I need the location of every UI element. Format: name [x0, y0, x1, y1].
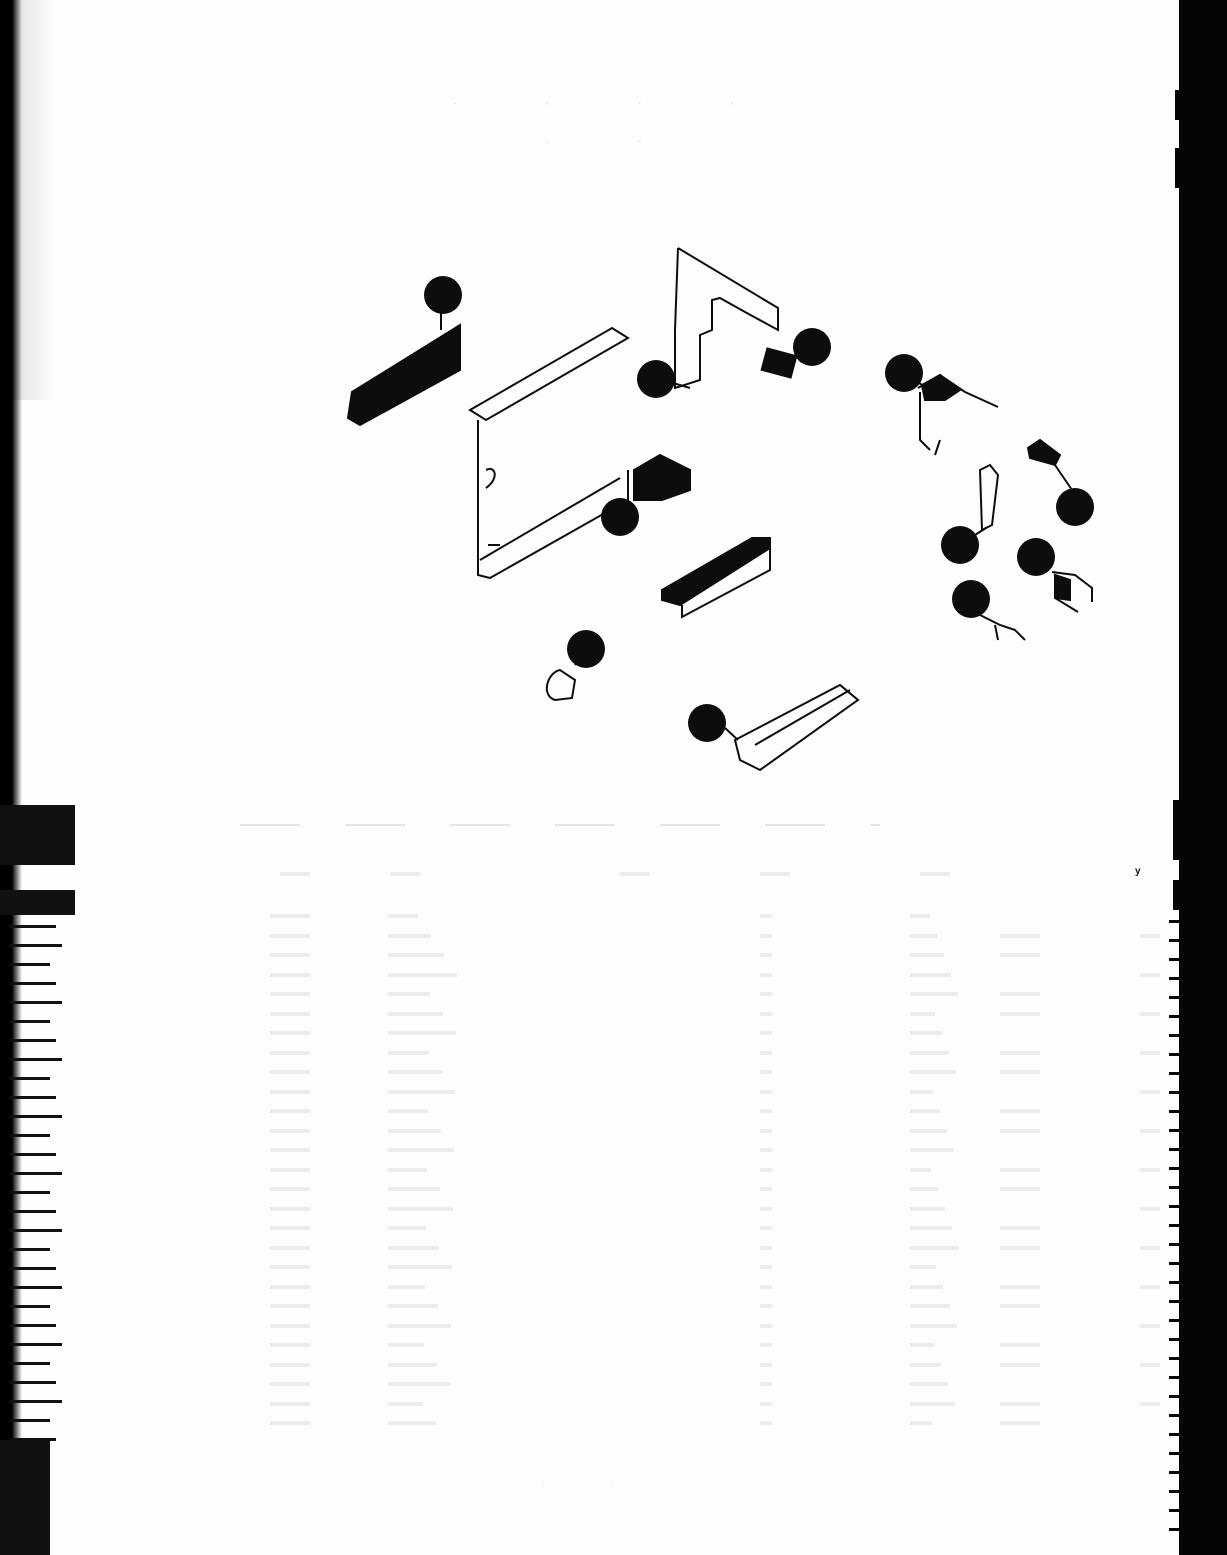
- table-cell: [760, 1090, 772, 1094]
- table-row: [260, 1047, 1160, 1061]
- table-cell: [270, 1421, 310, 1425]
- table-cell: [388, 1168, 427, 1172]
- scan-artifact: [10, 1267, 56, 1270]
- table-cell: [910, 1343, 934, 1347]
- scan-artifact: [10, 1115, 62, 1118]
- table-cell: [270, 1031, 310, 1035]
- callout-marker: [567, 630, 605, 668]
- table-cell: [910, 1148, 954, 1152]
- table-cell: [388, 914, 418, 918]
- scan-artifact: [10, 1039, 56, 1042]
- table-cell: [388, 1129, 441, 1133]
- scan-artifact: [1169, 1452, 1187, 1455]
- table-cell: [760, 1109, 772, 1113]
- callout-marker: [793, 328, 831, 366]
- table-row: [260, 910, 1160, 924]
- table-cell: [760, 1265, 772, 1269]
- scan-artifact: [10, 1438, 56, 1441]
- scan-artifact: [0, 1440, 50, 1555]
- table-cell: [910, 953, 944, 957]
- callout-marker: [424, 276, 462, 314]
- table-cell: [760, 1187, 772, 1191]
- table-cell: [270, 934, 310, 938]
- table-cell: [760, 1343, 772, 1347]
- table-cell: [270, 1246, 310, 1250]
- scan-artifact: [10, 1286, 62, 1289]
- clip-part: [1028, 440, 1060, 465]
- scan-artifact: [10, 925, 56, 928]
- scan-artifact: [1169, 1395, 1187, 1398]
- table-cell: [910, 1265, 936, 1269]
- scan-artifact: [1169, 1243, 1187, 1246]
- table-cell: [910, 1090, 933, 1094]
- table-cell: [910, 1285, 943, 1289]
- table-cell: [1140, 973, 1160, 977]
- table-cell: [910, 1421, 932, 1425]
- table-cell: [388, 1285, 425, 1289]
- table-cell: [1140, 1129, 1160, 1133]
- button-strip-part: [662, 538, 770, 605]
- scan-artifact: [1169, 1224, 1187, 1227]
- callout-marker: [1017, 538, 1055, 576]
- table-cell: [388, 1031, 456, 1035]
- scan-artifact: [1169, 1129, 1187, 1132]
- table-row: [260, 1183, 1160, 1197]
- table-cell: [910, 1109, 940, 1113]
- scan-artifact: [1169, 996, 1187, 999]
- scan-artifact: [1169, 1490, 1187, 1493]
- table-cell: [910, 1304, 950, 1308]
- table-cell: [270, 1070, 310, 1074]
- table-cell: [760, 992, 772, 996]
- table-cell: [388, 1363, 437, 1367]
- table-cell: [270, 992, 310, 996]
- table-cell: [270, 1382, 310, 1386]
- chassis-frame-part: [470, 328, 628, 578]
- table-cell: [1000, 992, 1040, 996]
- scan-artifact: [1169, 1053, 1187, 1056]
- table-cell: [1000, 1304, 1040, 1308]
- table-cell: [760, 1168, 772, 1172]
- table-cell: [760, 1148, 772, 1152]
- scan-artifact: [10, 1305, 50, 1308]
- table-cell: [760, 1129, 772, 1133]
- table-cell: [910, 1051, 949, 1055]
- scan-artifact: [10, 1001, 62, 1004]
- table-cell: [388, 1343, 424, 1347]
- mounting-bracket-part: [634, 455, 690, 500]
- scan-artifact: [10, 1191, 50, 1194]
- table-header: [280, 872, 310, 876]
- page-title: · · · ·: [0, 92, 1227, 115]
- scan-artifact: [10, 1324, 56, 1327]
- table-row: [260, 949, 1160, 963]
- table-cell: [1000, 1226, 1040, 1230]
- table-cell: [910, 1012, 935, 1016]
- scan-artifact: [1175, 148, 1187, 188]
- table-cell: [270, 973, 310, 977]
- table-cell: [270, 1109, 310, 1113]
- table-cell: [1140, 1207, 1160, 1211]
- scan-artifact: [10, 1248, 50, 1251]
- callout-marker: [637, 360, 675, 398]
- table-row: [260, 1105, 1160, 1119]
- scan-artifact: [1169, 1205, 1187, 1208]
- table-cell: [270, 1343, 310, 1347]
- table-cell: [760, 1226, 772, 1230]
- table-cell: [1000, 1187, 1040, 1191]
- table-row: [260, 1222, 1160, 1236]
- table-cell: [910, 1168, 931, 1172]
- table-cell: [270, 1051, 310, 1055]
- table-cell: [270, 1207, 310, 1211]
- table-cell: [388, 992, 430, 996]
- table-cell: [388, 1246, 439, 1250]
- scan-artifact: [1169, 939, 1187, 942]
- table-cell: [760, 1382, 772, 1386]
- callout-marker: [941, 526, 979, 564]
- scan-artifact: [1169, 1471, 1187, 1474]
- scan-artifact: [1169, 1281, 1187, 1284]
- connector-block-part: [762, 348, 797, 377]
- table-cell: [270, 1090, 310, 1094]
- table-row: [260, 1339, 1160, 1353]
- scan-artifact: [1169, 1034, 1187, 1037]
- table-row: [260, 1066, 1160, 1080]
- scan-artifact: [10, 1362, 50, 1365]
- table-cell: [760, 1070, 772, 1074]
- spring-lever-part: [980, 615, 1025, 640]
- table-cell: [388, 1304, 438, 1308]
- table-cell: [388, 1070, 442, 1074]
- table-cell: [388, 1382, 450, 1386]
- scan-artifact: [1169, 1072, 1187, 1075]
- table-cell: [270, 953, 310, 957]
- table-cell: [270, 1265, 310, 1269]
- callout-marker: [952, 580, 990, 618]
- callout-marker: [601, 498, 639, 536]
- table-cell: [270, 1304, 310, 1308]
- table-cell: [388, 934, 431, 938]
- table-cell: [760, 1304, 772, 1308]
- page-subtitle: · ·: [0, 130, 1227, 153]
- scan-artifact: [10, 944, 62, 947]
- table-cell: [388, 1148, 454, 1152]
- table-cell: [1000, 1343, 1040, 1347]
- table-row: [260, 1086, 1160, 1100]
- table-row: [260, 1125, 1160, 1139]
- table-row: [260, 1203, 1160, 1217]
- scan-artifact: [10, 1058, 62, 1061]
- table-cell: [270, 1285, 310, 1289]
- table-cell: [760, 914, 772, 918]
- table-cell: [270, 1012, 310, 1016]
- table-cell: [760, 1402, 772, 1406]
- table-row: [260, 1242, 1160, 1256]
- table-cell: [388, 1051, 429, 1055]
- table-cell: [1140, 1246, 1160, 1250]
- table-cell: [1000, 1109, 1040, 1113]
- scan-artifact: [1173, 880, 1187, 910]
- table-row: [260, 988, 1160, 1002]
- table-cell: [910, 1187, 938, 1191]
- table-row: [260, 1417, 1160, 1431]
- scan-artifact: [1169, 1433, 1187, 1436]
- table-cell: [270, 1148, 310, 1152]
- table-cell: [760, 1051, 772, 1055]
- table-cell: [270, 1226, 310, 1230]
- table-header: [760, 872, 790, 876]
- scan-artifact: [1169, 920, 1187, 923]
- scan-artifact: [1169, 1262, 1187, 1265]
- scan-artifact: [10, 1096, 56, 1099]
- scan-artifact: [1169, 1319, 1187, 1322]
- table-cell: [388, 1324, 451, 1328]
- table-row: [260, 1261, 1160, 1275]
- section-divider: [240, 824, 880, 826]
- table-cell: [1000, 1051, 1040, 1055]
- table-cell: [1140, 1363, 1160, 1367]
- table-cell: [910, 1402, 955, 1406]
- table-row: [260, 1281, 1160, 1295]
- table-cell: [910, 1207, 945, 1211]
- table-cell: [910, 1324, 957, 1328]
- table-cell: [1140, 934, 1160, 938]
- table-cell: [760, 953, 772, 957]
- table-cell: [760, 1207, 772, 1211]
- table-row: [260, 1378, 1160, 1392]
- scan-artifact: [1169, 1148, 1187, 1151]
- table-header: [390, 872, 420, 876]
- table-cell: [910, 1382, 948, 1386]
- front-bezel-part: [348, 325, 460, 425]
- base-tray-part: [735, 685, 858, 770]
- table-cell: [910, 1363, 941, 1367]
- table-row: [260, 1027, 1160, 1041]
- table-cell: [1140, 1324, 1160, 1328]
- scan-artifact: [10, 982, 56, 985]
- scan-artifact: [1169, 1167, 1187, 1170]
- table-row: [260, 1320, 1160, 1334]
- table-header: [920, 872, 950, 876]
- table-cell: [388, 1402, 423, 1406]
- table-cell: [1140, 1168, 1160, 1172]
- scan-artifact: [1169, 958, 1187, 961]
- table-cell: [1140, 1012, 1160, 1016]
- table-cell: [1000, 1363, 1040, 1367]
- table-cell: [1000, 1246, 1040, 1250]
- scan-artifact: [10, 1172, 62, 1175]
- scan-artifact: [10, 963, 50, 966]
- scan-artifact: [10, 1400, 62, 1403]
- table-cell: [1140, 1051, 1160, 1055]
- table-cell: [270, 914, 310, 918]
- scan-artifact: [10, 1020, 50, 1023]
- scan-artifact: [10, 1077, 50, 1080]
- callout-marker: [885, 354, 923, 392]
- page-number: · ·: [540, 1476, 645, 1494]
- table-cell: [388, 1090, 455, 1094]
- table-cell: [388, 1207, 453, 1211]
- table-cell: [1000, 1285, 1040, 1289]
- table-row: [260, 1300, 1160, 1314]
- callout-marker: [1056, 488, 1094, 526]
- table-cell: [1000, 934, 1040, 938]
- table-cell: [910, 1129, 947, 1133]
- table-cell: [1000, 1402, 1040, 1406]
- table-cell: [388, 1109, 428, 1113]
- table-cell: [760, 934, 772, 938]
- table-cell: [760, 1421, 772, 1425]
- table-cell: [1000, 1012, 1040, 1016]
- table-cell: [760, 1324, 772, 1328]
- table-cell: [760, 1246, 772, 1250]
- table-cell: [270, 1129, 310, 1133]
- table-cell: [760, 1031, 772, 1035]
- table-cell: [910, 1031, 942, 1035]
- scan-artifact: [1169, 1357, 1187, 1360]
- small-clip-part: [547, 670, 575, 700]
- table-row: [260, 1398, 1160, 1412]
- table-cell: [270, 1363, 310, 1367]
- table-row: [260, 1008, 1160, 1022]
- scan-artifact: [10, 1419, 50, 1422]
- table-cell: [910, 992, 958, 996]
- table-cell: [910, 914, 930, 918]
- latch-part: [980, 465, 998, 530]
- table-cell: [270, 1402, 310, 1406]
- scan-artifact: [1169, 1528, 1187, 1531]
- table-cell: [388, 1226, 426, 1230]
- table-cell: [1140, 1285, 1160, 1289]
- table-cell: [910, 973, 951, 977]
- scan-artifact: [1169, 1509, 1187, 1512]
- scan-artifact: [10, 1229, 62, 1232]
- scan-artifact: [1169, 1186, 1187, 1189]
- table-cell: [760, 1363, 772, 1367]
- table-cell: [388, 1187, 440, 1191]
- table-cell: [910, 1246, 959, 1250]
- table-row: [260, 930, 1160, 944]
- table-cell: [388, 1012, 443, 1016]
- scan-artifact: [0, 890, 75, 915]
- table-row: [260, 1359, 1160, 1373]
- scan-artifact: [10, 1343, 62, 1346]
- scan-artifact: [1169, 1015, 1187, 1018]
- table-cell: [760, 1012, 772, 1016]
- scan-artifact: [1169, 1338, 1187, 1341]
- scan-artifact: [10, 1134, 50, 1137]
- callout-marker: [688, 704, 726, 742]
- table-cell: [1000, 1421, 1040, 1425]
- scan-artifact: [1169, 1110, 1187, 1113]
- table-cell: [1000, 1070, 1040, 1074]
- table-row: [260, 969, 1160, 983]
- table-cell: [1140, 1402, 1160, 1406]
- table-cell: [1000, 1129, 1040, 1133]
- scan-artifact: [1169, 1376, 1187, 1379]
- table-cell: [910, 934, 937, 938]
- table-cell: [760, 1285, 772, 1289]
- table-cell: [910, 1226, 952, 1230]
- scan-artifact: [0, 805, 75, 865]
- table-row: [260, 1164, 1160, 1178]
- scan-artifact: [1169, 977, 1187, 980]
- table-cell: [270, 1187, 310, 1191]
- scan-artifact: [1169, 1414, 1187, 1417]
- scan-artifact: [1173, 800, 1187, 860]
- table-cell: [270, 1168, 310, 1172]
- scan-artifact: [1169, 1091, 1187, 1094]
- table-cell: [388, 953, 444, 957]
- table-cell: [910, 1070, 956, 1074]
- table-cell: [1000, 1168, 1040, 1172]
- table-cell: [760, 973, 772, 977]
- table-cell: [388, 973, 457, 977]
- table-cell: [388, 1265, 452, 1269]
- table-row: [260, 1144, 1160, 1158]
- exploded-parts-diagram: [0, 230, 1227, 790]
- table-header: [620, 872, 650, 876]
- table-cell: [270, 1324, 310, 1328]
- scan-artifact: [10, 1153, 56, 1156]
- table-cell: [1000, 953, 1040, 957]
- table-cell: [388, 1421, 436, 1425]
- scan-artifact: [10, 1210, 56, 1213]
- table-cell: [1140, 1090, 1160, 1094]
- table-header: y: [1135, 866, 1141, 877]
- scan-artifact: [1169, 1300, 1187, 1303]
- scan-artifact: [10, 1381, 56, 1384]
